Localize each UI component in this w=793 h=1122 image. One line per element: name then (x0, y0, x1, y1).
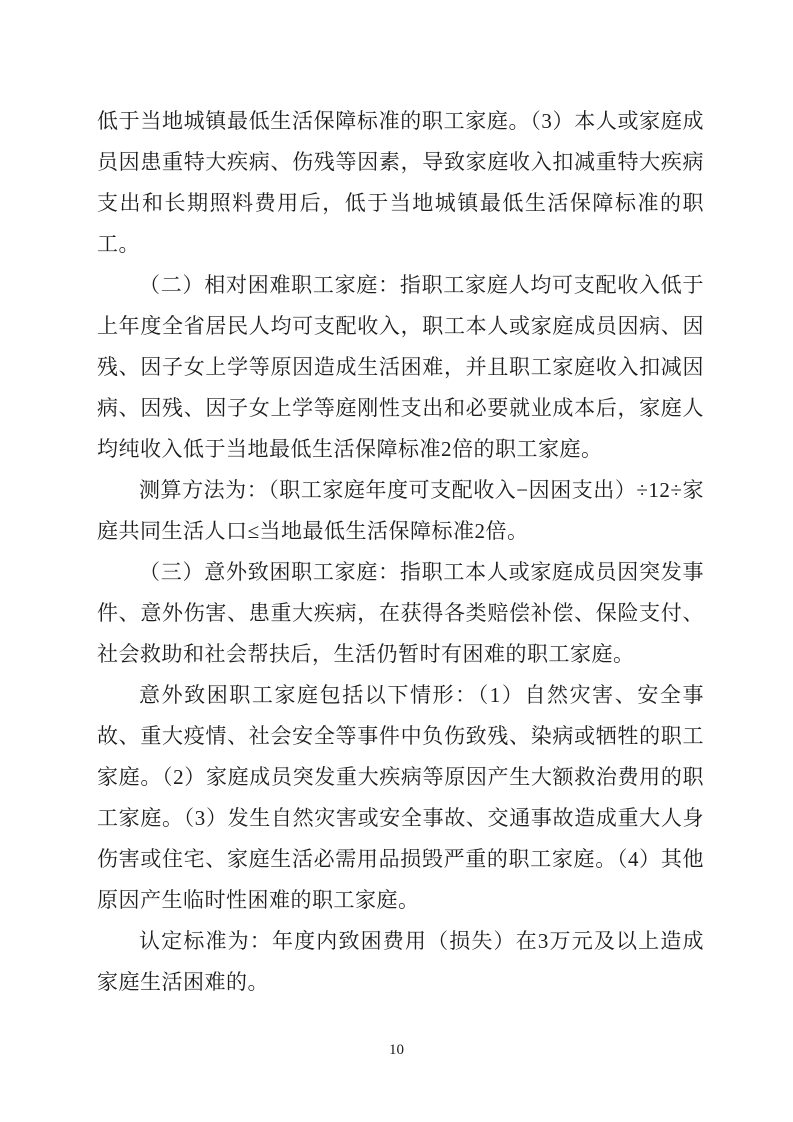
document-page: 低于当地城镇最低生活保障标准的职工家庭。（3）本人或家庭成员因患重特大疾病、伤残… (0, 0, 793, 1122)
paragraph-calculation-method: 测算方法为：（职工家庭年度可支配收入−因困支出）÷12÷家庭共同生活人口≤当地最… (97, 470, 704, 552)
paragraph-section-3: （三）意外致困职工家庭：指职工本人或家庭成员因突发事件、意外伤害、患重大疾病，在… (97, 552, 704, 675)
paragraph-accident-cases: 意外致困职工家庭包括以下情形：（1）自然灾害、安全事故、重大疫情、社会安全等事件… (97, 675, 704, 921)
paragraph-section-2: （二）相对困难职工家庭：指职工家庭人均可支配收入低于上年度全省居民人均可支配收入… (97, 265, 704, 470)
page-number: 10 (0, 1041, 793, 1059)
document-body: 低于当地城镇最低生活保障标准的职工家庭。（3）本人或家庭成员因患重特大疾病、伤残… (97, 101, 704, 1003)
paragraph-recognition-standard: 认定标准为：年度内致困费用（损失）在3万元及以上造成家庭生活困难的。 (97, 921, 704, 1003)
paragraph-continuation: 低于当地城镇最低生活保障标准的职工家庭。（3）本人或家庭成员因患重特大疾病、伤残… (97, 101, 704, 265)
